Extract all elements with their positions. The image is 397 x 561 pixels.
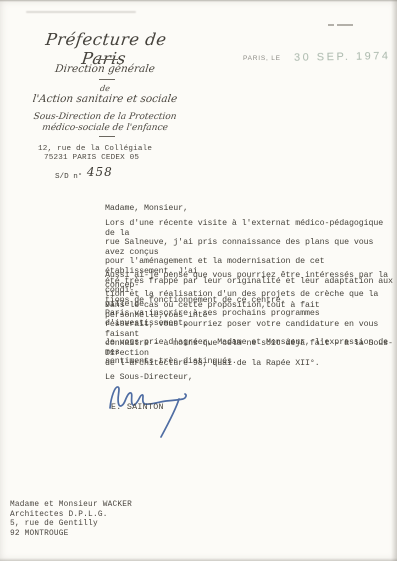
scan-smudge (26, 11, 136, 13)
printer-mark (328, 24, 353, 26)
letterhead-rule (99, 136, 115, 137)
recipient-profession: Architectes D.P.L.G. (10, 511, 132, 521)
signer-name: E. SAINTON (111, 403, 164, 412)
recipient-street: 5, rue de Gentilly (10, 520, 132, 530)
dateline-place-label: PARIS, LE (243, 55, 281, 62)
letterhead-postal-address: 75231 PARIS CEDEX 05 (44, 154, 139, 162)
letterhead-direction: Direction générale (19, 63, 190, 75)
salutation: Madame, Monsieur, (105, 204, 393, 214)
paragraph-closing-formula: Je vous prie d'agréer, Madame et Monsieu… (105, 338, 393, 367)
date-stamp: 30 SEP. 1974 (294, 50, 391, 64)
letterhead-sous-direction-line1: Sous-Direction de la Protection (19, 112, 190, 122)
recipient-address-block: Madame et Monsieur WACKER Architectes D.… (10, 501, 132, 539)
recipient-city: 92 MONTROUGE (10, 530, 132, 540)
letterhead-de: de (19, 84, 190, 93)
letterhead-action-sanitaire: l'Action sanitaire et sociale (19, 93, 190, 105)
scanned-letter-page: Préfecture de Paris Direction générale d… (0, 0, 397, 561)
letterhead-rule (96, 59, 118, 60)
scan-edge-top (0, 0, 397, 2)
letterhead-street-address: 12, rue de la Collégiale (38, 145, 152, 153)
letterhead-sous-direction-line2: médico-sociale de l'enfance (19, 123, 190, 133)
recipient-name: Madame et Monsieur WACKER (10, 501, 132, 511)
reference-label: S/D n° (55, 173, 82, 181)
reference-number-line: S/D n° 458 (55, 167, 113, 181)
letterhead-rule (99, 79, 115, 80)
reference-number-handwritten: 458 (87, 165, 113, 179)
